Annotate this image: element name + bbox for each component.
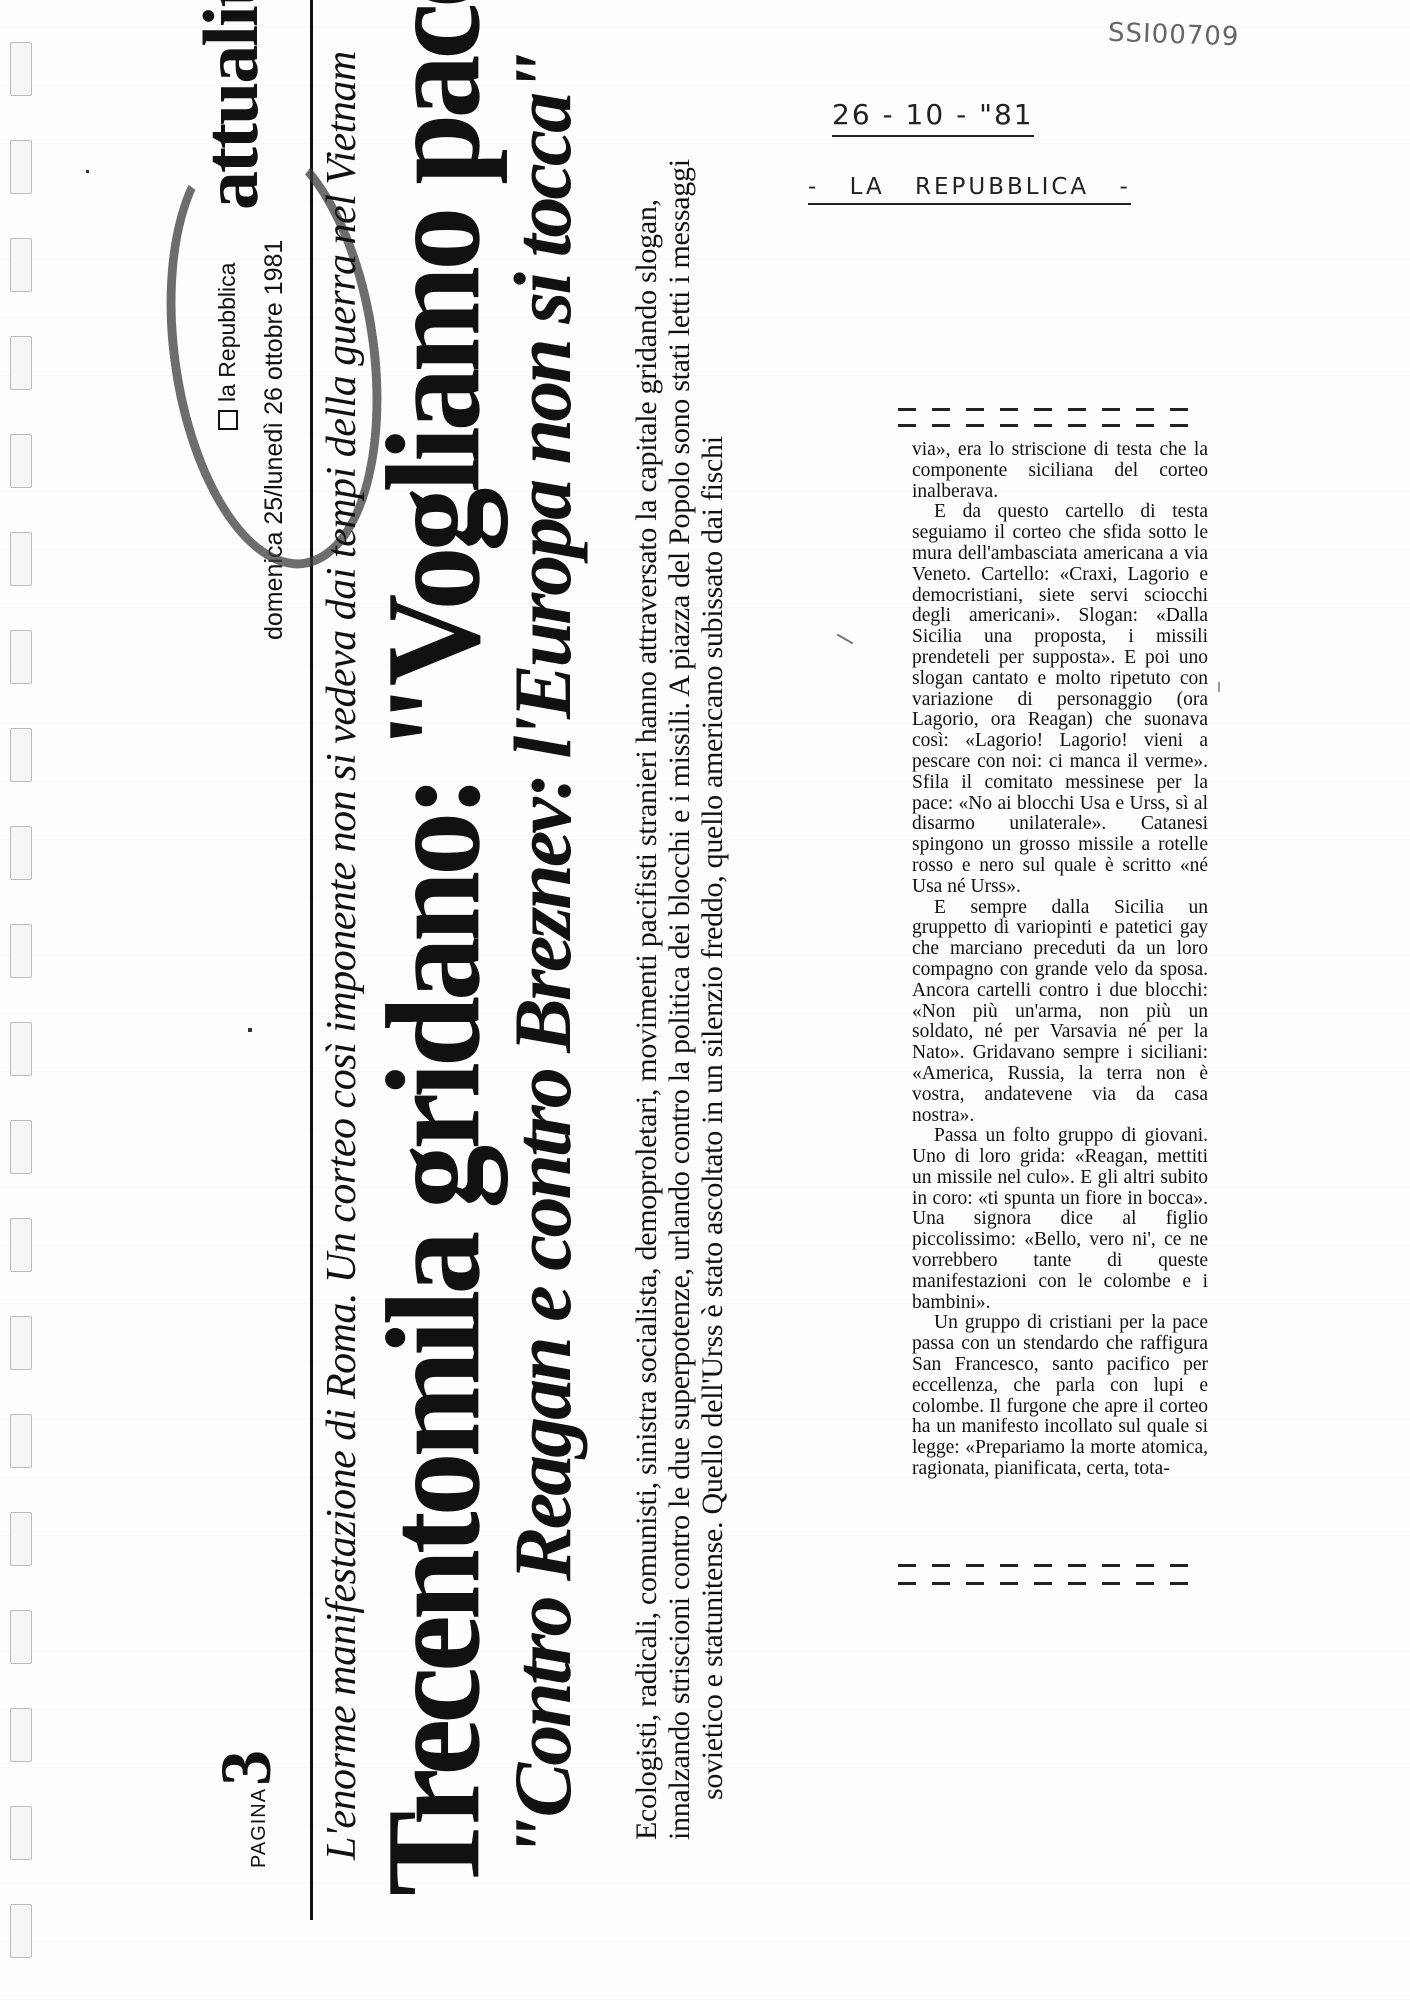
- page-number: 3: [214, 1750, 279, 1786]
- punch-hole-icon: [10, 1414, 32, 1468]
- dateline: domenica 25/lunedì 26 ottobre 1981: [260, 240, 289, 640]
- section-title: attualità: [192, 0, 270, 210]
- punch-hole-icon: [10, 728, 32, 782]
- body-paragraph: via», era lo striscione di testa che la …: [912, 440, 1208, 502]
- punch-hole-icon: [10, 1120, 32, 1174]
- body-paragraph: Passa un folto gruppo di giovani. Uno di…: [912, 1126, 1208, 1313]
- punch-hole-icon: [10, 1904, 32, 1958]
- punch-hole-icon: [10, 42, 32, 96]
- speck-mark: [1218, 682, 1220, 692]
- punch-hole-icon: [10, 238, 32, 292]
- punch-hole-icon: [10, 140, 32, 194]
- punch-hole-icon: [10, 1022, 32, 1076]
- article-headline: Trecentomila gridano: "Vogliamo pace": [366, 0, 500, 1896]
- punch-hole-icon: [10, 826, 32, 880]
- body-paragraph: E sempre dalla Sicilia un gruppetto di v…: [912, 898, 1208, 1127]
- punch-hole-icon: [10, 630, 32, 684]
- punch-hole-icon: [10, 434, 32, 488]
- archive-code: SSI00709: [1108, 18, 1240, 53]
- handwritten-source: - LA REPUBBLICA -: [808, 174, 1131, 205]
- punch-hole-icon: [10, 1806, 32, 1860]
- speck-mark: [86, 170, 89, 173]
- lead-line: Ecologisti, radicali, comunisti, sinistr…: [630, 0, 663, 1840]
- punch-hole-icon: [10, 336, 32, 390]
- punch-hole-icon: [10, 1218, 32, 1272]
- speck-mark: [248, 1028, 252, 1032]
- punch-hole-icon: [10, 532, 32, 586]
- cut-line-top: [898, 408, 1198, 411]
- page-indicator: PAGINA 3: [214, 1750, 279, 1868]
- speck-mark: [837, 634, 854, 645]
- checkbox-icon: [218, 410, 238, 430]
- body-paragraph: Un gruppo di cristiani per la pace passa…: [912, 1313, 1208, 1479]
- cut-line-top: [898, 424, 1198, 427]
- article-subhead: "Contro Reagan e contro Breznev: l'Europ…: [502, 52, 584, 1860]
- lead-line: sovietico e statunitense. Quello dell'Ur…: [696, 0, 729, 1840]
- punch-hole-icon: [10, 1316, 32, 1370]
- handwritten-date: 26 - 10 - "81: [832, 98, 1034, 137]
- masthead: PAGINA 3 domenica 25/lunedì 26 ottobre 1…: [190, 0, 313, 1920]
- cut-line-bottom: [898, 1564, 1198, 1567]
- article-body-column: via», era lo striscione di testa che la …: [912, 440, 1208, 1480]
- binder-holes: [10, 42, 34, 2000]
- newspaper-name: la Repubblica: [214, 263, 241, 402]
- newspaper-brand: la Repubblica: [214, 263, 241, 430]
- punch-hole-icon: [10, 1610, 32, 1664]
- punch-hole-icon: [10, 924, 32, 978]
- punch-hole-icon: [10, 1708, 32, 1762]
- rotated-article-header: PAGINA 3 domenica 25/lunedì 26 ottobre 1…: [190, 0, 750, 1920]
- page-label: PAGINA: [248, 1788, 279, 1868]
- article-lead: Ecologisti, radicali, comunisti, sinistr…: [630, 0, 729, 1840]
- lead-line: innalzando striscioni contro le due supe…: [663, 0, 696, 1840]
- punch-hole-icon: [10, 1512, 32, 1566]
- cut-line-bottom: [898, 1582, 1198, 1585]
- scanned-page: SSI00709 26 - 10 - "81 - LA REPUBBLICA -…: [0, 0, 1410, 2000]
- body-paragraph: E da questo cartello di testa seguiamo i…: [912, 502, 1208, 897]
